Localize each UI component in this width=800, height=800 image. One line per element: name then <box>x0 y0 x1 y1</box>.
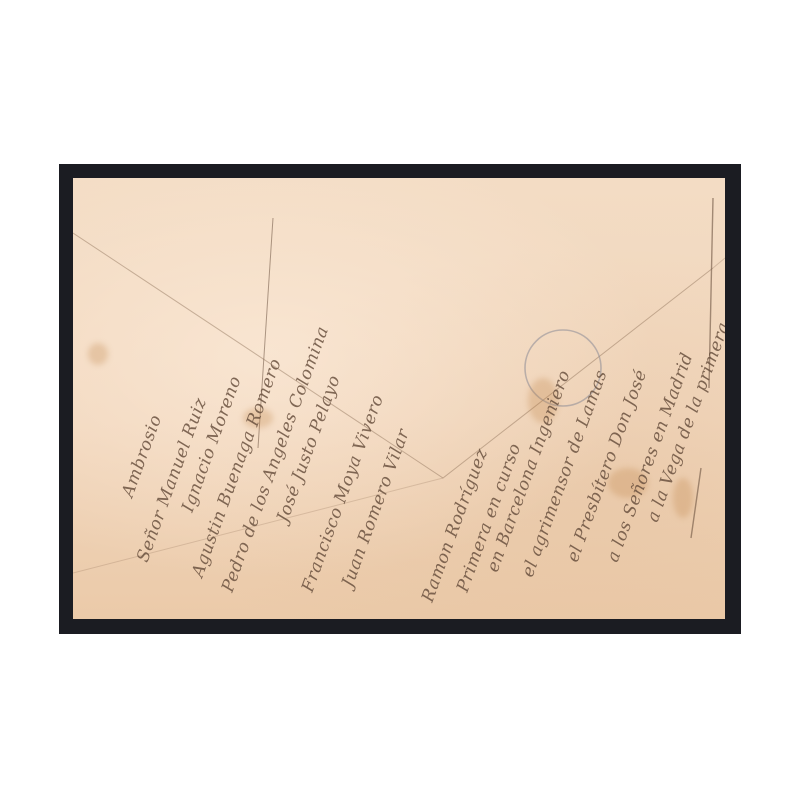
envelope-back: Ambrosio Señor Manuel Ruiz Ignacio Moren… <box>73 178 725 619</box>
stain <box>88 343 108 365</box>
